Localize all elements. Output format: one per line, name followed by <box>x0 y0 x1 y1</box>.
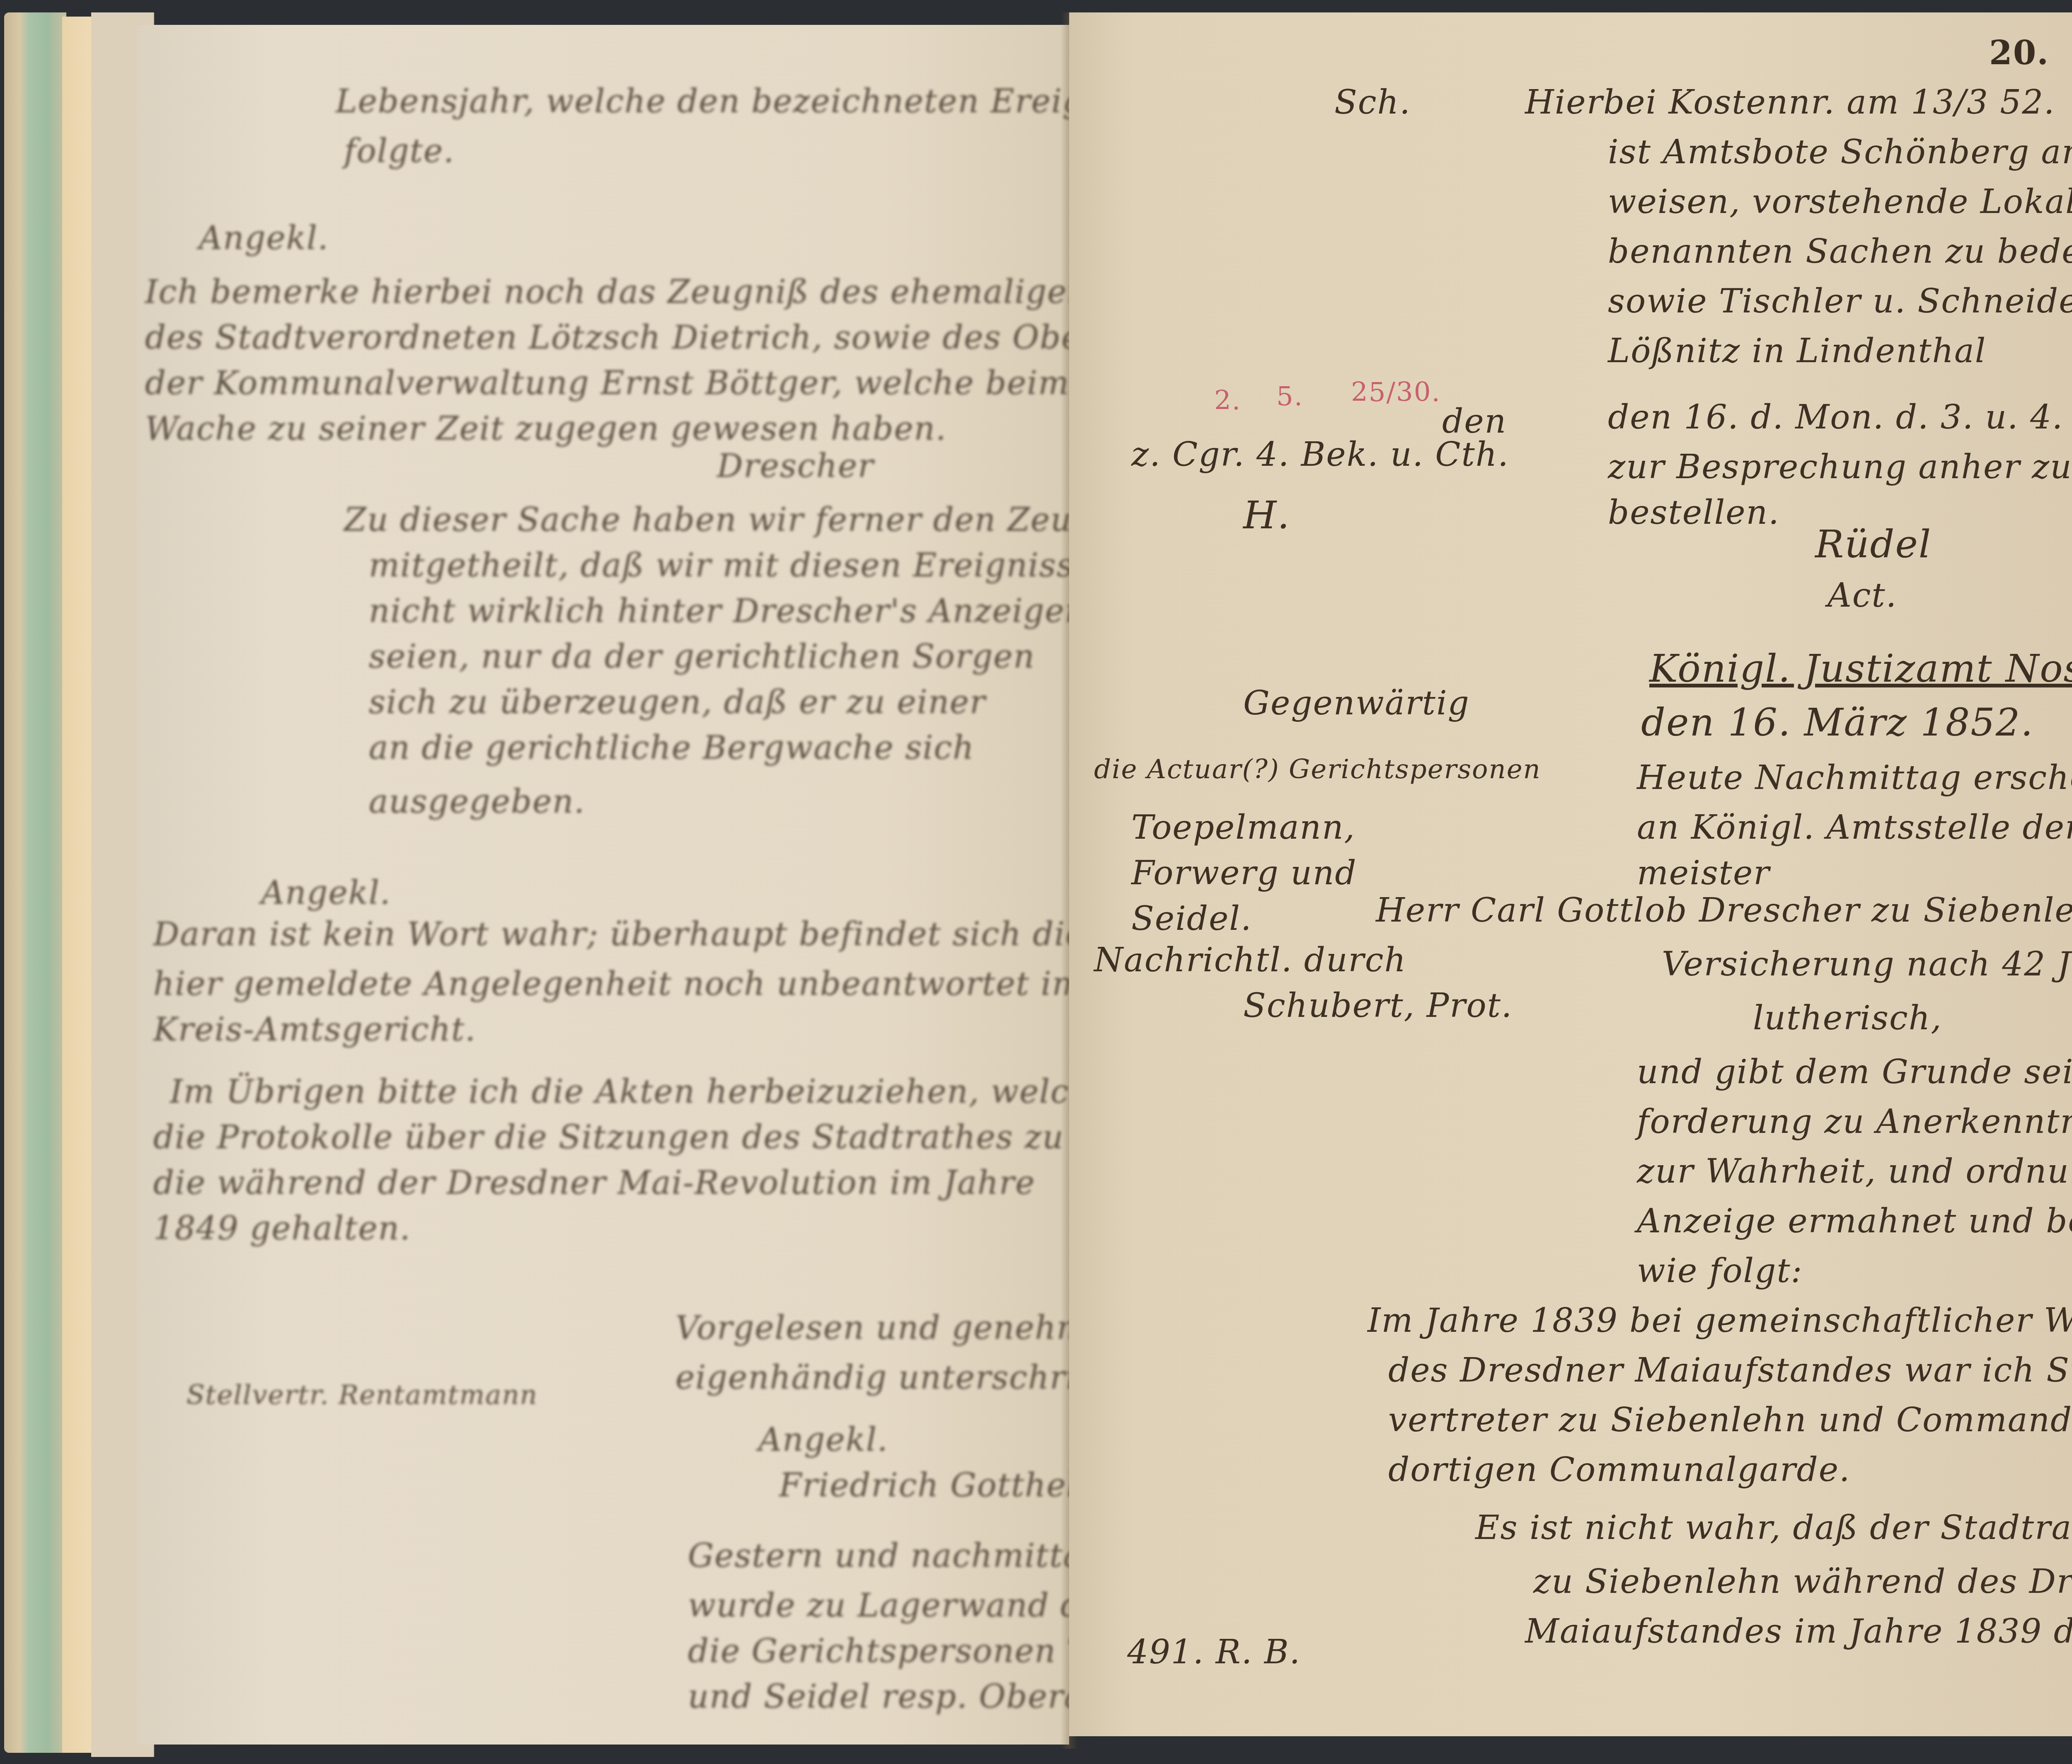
left-line: die während der Dresdner Mai-Revolution … <box>153 1164 1036 1202</box>
body-line: an Königl. Amtsstelle der Lohgerber- <box>1637 808 2072 847</box>
body-line: Herr Carl Gottlob Drescher zu Siebenlehn… <box>1376 891 2072 929</box>
margin-note: Nachrichtl. durch <box>1094 941 1406 979</box>
body-line: Maiaufstandes im Jahre 1839 die <box>1525 1612 2072 1650</box>
green-cloth-binding <box>4 12 66 1753</box>
header-line: benannten Sachen zu bedenken <box>1608 232 2072 271</box>
body-line: Es ist nicht wahr, daß der Stadtrath <box>1475 1508 2072 1547</box>
present-entry: Seidel. <box>1131 899 1252 938</box>
body-line: zu Siebenlehn während des Dresdner <box>1533 1562 2072 1601</box>
left-heading: Angekl. <box>199 220 329 257</box>
body-line: forderung zu Anerkenntnis Gehalt, <box>1637 1102 2072 1141</box>
left-line: an die gerichtliche Bergwache sich <box>369 729 974 767</box>
body-line: und gibt dem Grunde seiner Vor- <box>1637 1053 2072 1091</box>
body-line: zur Wahrheit, und ordnungsmäßiger <box>1637 1152 2072 1191</box>
left-heading: Drescher <box>717 448 874 485</box>
header-line: den 16. d. Mon. d. 3. u. 4. Nachm. <box>1608 398 2072 436</box>
left-line: hier gemeldete Angelegenheit noch unbean… <box>153 965 1084 1003</box>
margin-abbreviation: z. Cgr. 4. Bek. u. Cth. <box>1131 435 1509 474</box>
body-line: wie folgt: <box>1637 1251 1803 1290</box>
left-line: nicht wirklich hinter Drescher's Anzeige… <box>369 593 1087 630</box>
present-label: Gegenwärtig <box>1243 684 1470 722</box>
page-number: 20. <box>1989 33 2049 72</box>
present-entry: die Actuar(?) Gerichtspersonen <box>1094 754 1541 785</box>
closing-line: Friedrich Gotthelf: <box>779 1467 1102 1504</box>
left-line: Kreis-Amtsgericht. <box>153 1011 476 1048</box>
signature-line: Stellvertr. Rentamtmann <box>186 1380 538 1411</box>
left-line: die Protokolle über die Sitzungen des St… <box>153 1119 1200 1156</box>
body-line: dortigen Communalgarde. <box>1388 1450 1850 1489</box>
signature: Rüdel <box>1815 522 1932 566</box>
left-line: Im Übrigen bitte ich die Akten herbeizuz… <box>170 1073 1111 1111</box>
left-line: mitgetheilt, daß wir mit diesen Ereignis… <box>369 547 1116 584</box>
margin-note: Schubert, Prot. <box>1243 986 1513 1025</box>
present-entry: Forwerg und <box>1131 854 1357 892</box>
left-line: Zu dieser Sache haben wir ferner den Zeu… <box>344 501 1135 539</box>
header-line: ist Amtsbote Schönberg anzu- <box>1608 133 2072 171</box>
red-pencil-note: 2. <box>1214 385 1241 416</box>
right-page: 20. Sch. Hierbei Kostennr. am 13/3 52. i… <box>1069 12 2072 1736</box>
header-line: zur Besprechung anher zu <box>1608 448 2072 486</box>
body-line: Im Jahre 1839 bei gemeinschaftlicher Wah… <box>1368 1301 2072 1340</box>
body-line: Versicherung nach 42 Jahre alt, <box>1662 945 2072 983</box>
date-line: den 16. März 1852. <box>1641 700 2034 745</box>
left-page: Lebensjahr, welche den bezeichneten Erei… <box>137 25 1069 1745</box>
margin-note: Sch. <box>1334 83 1411 121</box>
left-line: seien, nur da der gerichtlichen Sorgen <box>369 638 1035 675</box>
header-line: Hierbei Kostennr. am 13/3 52. <box>1525 83 2055 121</box>
body-line: meister <box>1637 854 1770 892</box>
header-line: Lößnitz in Lindenthal <box>1608 332 1986 370</box>
body-line: Heute Nachmittag erscheint hier <box>1637 758 2072 797</box>
body-line: vertreter zu Siebenlehn und Commandant d… <box>1388 1401 2072 1439</box>
body-line: Anzeige ermahnet und befragt, <box>1637 1202 2072 1240</box>
left-line: Wache zu seiner Zeit zugegen gewesen hab… <box>145 410 947 448</box>
red-pencil-note: 5. <box>1276 381 1303 412</box>
left-line: folgte. <box>344 133 455 170</box>
signature: Act. <box>1828 576 1897 615</box>
closing-line: Angekl. <box>758 1421 888 1459</box>
left-heading: Angekl. <box>261 874 391 912</box>
red-pencil-note: 25/30. <box>1351 377 1441 408</box>
court-header: Königl. Justizamt Nossen <box>1649 646 2072 691</box>
body-line: lutherisch, <box>1753 999 1942 1037</box>
left-line: sich zu überzeugen, daß er zu einer <box>369 684 986 721</box>
header-line: weisen, vorstehende Lokale <box>1608 182 2072 221</box>
left-line: ausgegeben. <box>369 783 585 820</box>
present-entry: Toepelmann, <box>1131 808 1356 847</box>
open-manuscript-book: Lebensjahr, welche den bezeichneten Erei… <box>0 0 2072 1764</box>
footer-mark: 491. R. B. <box>1127 1633 1301 1671</box>
body-line: des Dresdner Maiaufstandes war ich Stell… <box>1388 1351 2072 1389</box>
margin-initial: H. <box>1243 493 1290 537</box>
left-line: 1849 gehalten. <box>153 1210 411 1247</box>
header-line: sowie Tischler u. Schneidermeister <box>1608 282 2072 320</box>
header-line: bestellen. <box>1608 493 1780 532</box>
left-line: Daran ist kein Wort wahr; überhaupt befi… <box>153 916 1085 953</box>
